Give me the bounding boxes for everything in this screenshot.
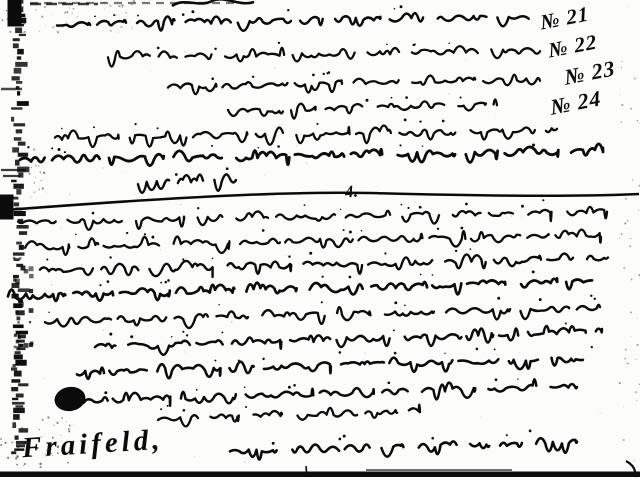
hole-punch-mark — [53, 385, 87, 413]
diacritic-dot — [186, 334, 188, 336]
diacritic-dot — [61, 128, 63, 130]
diacritic-dot — [245, 406, 247, 408]
diacritic-dot — [197, 207, 199, 209]
diacritic-dot — [244, 386, 246, 388]
diacritic-dot — [167, 405, 169, 407]
diacritic-dot — [591, 346, 593, 348]
diacritic-dot — [262, 358, 264, 360]
diacritic-dot — [593, 298, 595, 300]
handwritten-line-l6 — [95, 326, 602, 355]
diacritic-dot — [420, 274, 422, 276]
diacritic-dot — [99, 284, 101, 286]
diacritic-dot — [211, 77, 214, 80]
diacritic-dot — [521, 205, 524, 208]
handwritten-line-l8 — [72, 379, 577, 405]
diacritic-dot — [401, 204, 403, 206]
diacritic-dot — [565, 322, 567, 324]
diacritic-dot — [448, 42, 450, 44]
diacritic-dot — [494, 348, 496, 350]
handwritten-line-l1 — [18, 207, 607, 230]
diacritic-dot — [182, 258, 184, 260]
diacritic-dot — [109, 256, 111, 258]
divider-edge-blob — [0, 195, 13, 219]
handwritten-line-l9 — [158, 405, 420, 427]
diacritic-dot — [48, 312, 50, 314]
diacritic-dot — [455, 250, 457, 252]
diacritic-dot — [157, 47, 160, 50]
diacritic-dot — [309, 252, 312, 255]
diacritic-dot — [422, 145, 423, 146]
diacritic-dot — [399, 144, 401, 146]
diacritic-dot — [387, 381, 390, 384]
handwritten-line-u3 — [168, 75, 540, 94]
diacritic-dot — [393, 329, 395, 331]
handwriting-block — [8, 5, 608, 459]
diacritic-dot — [404, 305, 406, 307]
diacritic-dot — [182, 331, 184, 333]
section-divider-line — [6, 193, 639, 210]
diacritic-dot — [529, 430, 532, 433]
diacritic-dot — [407, 207, 409, 209]
handwritten-line-l4 — [8, 278, 592, 301]
diacritic-dot — [304, 204, 306, 206]
diacritic-dot — [431, 437, 434, 440]
diacritic-dot — [323, 73, 325, 75]
handwritten-line-u1 — [57, 13, 529, 31]
diacritic-dot — [326, 72, 328, 74]
diacritic-dot — [221, 331, 223, 333]
diacritic-dot — [444, 353, 445, 354]
diacritic-dot — [437, 228, 439, 230]
handwritten-line-l7 — [77, 358, 583, 379]
diacritic-dot — [400, 5, 403, 8]
diacritic-dot — [183, 409, 186, 412]
diacritic-dot — [542, 199, 544, 201]
diacritic-dot — [196, 389, 198, 391]
diacritic-dot — [339, 351, 342, 354]
diacritic-dot — [386, 44, 388, 46]
handwritten-line-u4 — [228, 100, 497, 119]
letter-page: № 21 № 22 № 23 № 24 4. Fraifeld, — [0, 0, 640, 480]
diacritic-dot — [137, 15, 139, 17]
diacritic-dot — [442, 120, 445, 123]
diacritic-dot — [461, 227, 464, 230]
diacritic-dot — [93, 126, 95, 128]
diacritic-dot — [432, 274, 434, 276]
diacritic-dot — [476, 348, 479, 351]
diacritic-dot — [590, 295, 592, 297]
scan-artwork — [0, 0, 640, 480]
handwritten-line-l2 — [25, 230, 601, 255]
diacritic-dot — [349, 276, 352, 279]
diacritic-dot — [157, 127, 159, 129]
diacritic-dot — [384, 252, 386, 254]
diacritic-dot — [321, 276, 323, 278]
handwritten-line-u7 — [138, 174, 236, 192]
diacritic-dot — [412, 44, 414, 46]
diacritic-dot — [404, 118, 407, 121]
bottom-tick — [306, 466, 307, 477]
diacritic-dot — [258, 147, 260, 149]
diacritic-dot — [361, 230, 363, 232]
diacritic-dot — [171, 336, 173, 338]
diacritic-dot — [175, 173, 178, 176]
diacritic-dot — [160, 282, 162, 284]
diacritic-dot — [391, 97, 393, 99]
diacritic-dot — [64, 151, 66, 153]
diacritic-dot — [405, 96, 408, 99]
diacritic-dot — [182, 13, 185, 16]
diacritic-dot — [460, 96, 462, 98]
diacritic-dot — [135, 123, 137, 125]
diacritic-dot — [211, 145, 213, 147]
diacritic-dot — [167, 279, 170, 282]
diacritic-dot — [94, 15, 96, 17]
handwritten-line-l3 — [40, 254, 608, 277]
diacritic-dot — [130, 335, 133, 338]
diacritic-dot — [214, 48, 216, 50]
diacritic-dot — [349, 231, 352, 234]
diacritic-dot — [191, 10, 194, 13]
diacritic-dot — [287, 9, 289, 11]
diacritic-dot — [165, 281, 168, 284]
diacritic-dot — [321, 301, 323, 303]
diacritic-dot — [419, 120, 421, 122]
diacritic-dot — [214, 360, 216, 362]
diacritic-dot — [27, 146, 29, 148]
diacritic-dot — [151, 236, 154, 239]
diacritic-dot — [517, 378, 518, 379]
diacritic-dot — [107, 280, 110, 283]
diacritic-dot — [272, 442, 275, 445]
diacritic-dot — [497, 297, 500, 300]
diacritic-dot — [262, 229, 265, 232]
diacritic-dot — [288, 255, 290, 257]
diacritic-dot — [58, 148, 61, 151]
diacritic-dot — [252, 76, 254, 78]
diacritic-dot — [539, 298, 542, 301]
diacritic-dot — [104, 391, 107, 394]
diacritic-dot — [212, 258, 214, 260]
scan-noise — [0, 0, 640, 468]
diacritic-dot — [75, 234, 77, 236]
diacritic-dot — [226, 167, 229, 170]
diacritic-dot — [316, 123, 318, 125]
diacritic-dot — [419, 206, 422, 209]
diacritic-dot — [144, 233, 146, 235]
diacritic-dot — [338, 438, 341, 441]
diacritic-dot — [160, 408, 162, 410]
scan-bottom-bar — [0, 472, 640, 477]
diacritic-dot — [278, 42, 280, 44]
diacritic-dot — [495, 378, 498, 381]
diacritic-dot — [343, 229, 345, 231]
diacritic-dot — [293, 384, 296, 387]
diacritic-dot — [394, 8, 396, 10]
diacritic-dot — [366, 99, 369, 102]
diacritic-dot — [394, 301, 397, 304]
handwritten-line-u5 — [55, 125, 557, 146]
diacritic-dot — [343, 435, 346, 438]
diacritic-dot — [312, 74, 315, 77]
diacritic-dot — [238, 360, 240, 362]
handwritten-line-u2 — [108, 46, 540, 66]
diacritic-dot — [470, 248, 472, 250]
handwritten-line-u6 — [20, 144, 603, 166]
diacritic-dot — [126, 232, 128, 234]
signature-trailing-script — [230, 438, 577, 459]
diacritic-dot — [506, 434, 508, 436]
diacritic-dot — [532, 144, 535, 147]
diacritic-dot — [46, 259, 48, 261]
diacritic-dot — [109, 333, 112, 336]
diacritic-dot — [113, 14, 115, 16]
diacritic-dot — [51, 147, 53, 149]
handwritten-line-l5 — [45, 305, 600, 328]
diacritic-dot — [340, 209, 341, 210]
diacritic-dot — [288, 386, 291, 389]
diacritic-dot — [92, 212, 95, 215]
diacritic-dot — [277, 145, 280, 148]
diacritic-dot — [394, 352, 397, 355]
diacritic-dot — [218, 304, 219, 305]
diacritic-dot — [532, 270, 535, 273]
diacritic-dot — [465, 203, 468, 206]
